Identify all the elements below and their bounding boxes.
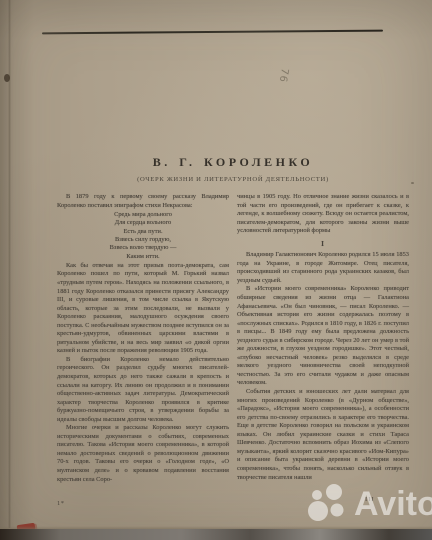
- paper-speck: [411, 182, 414, 184]
- intro-paragraph: В 1879 году к первому своему рассказу Вл…: [57, 193, 229, 210]
- continuation-paragraph: чинцы в 1905 году. Но отличное знание жи…: [237, 193, 409, 236]
- header-rule: [42, 30, 383, 35]
- body-paragraph: События детских и юношеских лет дали мат…: [237, 388, 409, 482]
- epigraph-line: Для сердца вольного: [77, 219, 209, 227]
- handwritten-page-mark: 76: [277, 67, 290, 83]
- page-bottom-edge: [0, 529, 432, 540]
- epigraph-line: Средь мира дольного: [77, 211, 209, 219]
- ink-spot: [4, 74, 10, 82]
- right-column: чинцы в 1905 году. Но отличное знание жи…: [237, 193, 409, 482]
- body-paragraph: Многие очерки и рассказы Короленко могут…: [57, 424, 229, 484]
- signature-mark: 1*: [57, 500, 65, 507]
- book-title: В. Г. КОРОЛЕНКО: [57, 155, 409, 170]
- body-paragraph: В «Истории моего современника» Короленко…: [237, 285, 409, 388]
- epigraph-line: Каким итти.: [77, 253, 209, 261]
- epigraph-line: Есть два пути.: [77, 228, 209, 236]
- epigraph-poem: Средь мира дольного Для сердца вольного …: [77, 211, 209, 261]
- avito-logo-icon: [306, 483, 352, 525]
- body-paragraph: Как бы отвечая на этот призыв поэта-демо…: [57, 262, 229, 356]
- body-paragraph: В биографии Короленко немало действитель…: [57, 356, 229, 424]
- book-subtitle: (ОЧЕРК ЖИЗНИ И ЛИТЕРАТУРНОЙ ДЕЯТЕЛЬНОСТИ…: [57, 176, 409, 183]
- book-page-photo: 76 В. Г. КОРОЛЕНКО (ОЧЕРК ЖИЗНИ И ЛИТЕРА…: [0, 0, 432, 540]
- avito-wordmark: Avito: [354, 483, 432, 525]
- left-column: В 1879 году к первому своему рассказу Вл…: [57, 193, 229, 484]
- epigraph-line: Взвесь волю твердую —: [77, 244, 209, 252]
- epigraph-line: Взвесь силу гордую,: [77, 236, 209, 244]
- page-paper: 76 В. Г. КОРОЛЕНКО (ОЧЕРК ЖИЗНИ И ЛИТЕРА…: [0, 0, 432, 540]
- section-number: I: [237, 240, 409, 249]
- body-paragraph: Владимир Галактионович Короленко родился…: [237, 251, 409, 285]
- avito-watermark: Avito: [306, 483, 432, 525]
